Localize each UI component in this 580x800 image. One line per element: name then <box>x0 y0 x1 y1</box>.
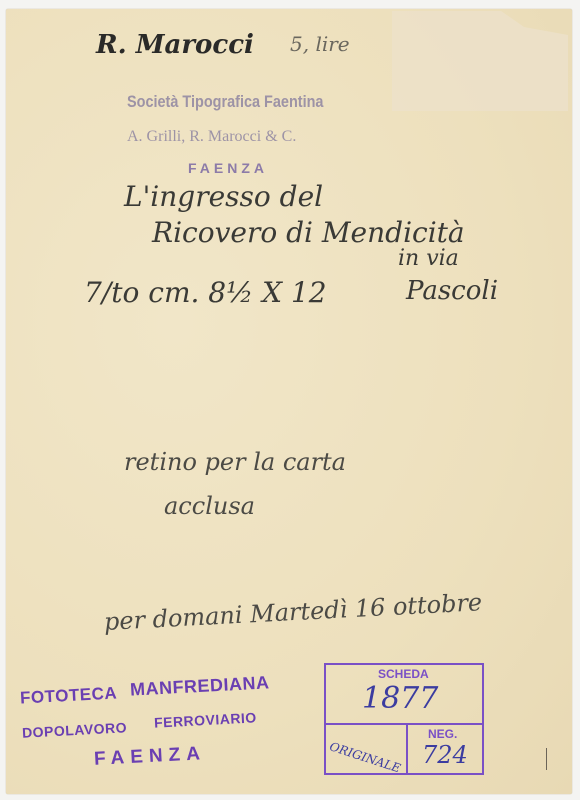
printer-stamp-city: FAENZA <box>188 160 268 176</box>
pencil-tick-mark <box>546 748 547 770</box>
caption-line-2: Ricovero di Mendicità <box>152 216 465 249</box>
record-box: SCHEDA 1877 ORIGINALE NEG. 724 <box>324 663 484 775</box>
price-note: 5, lire <box>290 32 350 56</box>
photo-card-back <box>6 9 572 794</box>
neg-number: 724 <box>422 741 468 769</box>
neg-cell: NEG. 724 <box>408 725 484 775</box>
caption-line-1: L'ingresso del <box>124 180 323 213</box>
neg-label: NEG. <box>428 727 457 741</box>
originale-cell: ORIGINALE <box>326 725 408 775</box>
signature: R. Marocci <box>96 30 254 60</box>
note-acclusa: acclusa <box>164 492 255 520</box>
scheda-number: 1877 <box>362 681 438 716</box>
printer-stamp-owners: A. Grilli, R. Marocci & C. <box>127 128 296 146</box>
note-retino: retino per la carta <box>124 448 346 476</box>
printer-stamp-name: Società Tipografica Faentina <box>127 92 323 112</box>
scheda-label: SCHEDA <box>378 667 429 681</box>
caption-line-3: in via <box>398 246 459 271</box>
scheda-cell: SCHEDA 1877 <box>326 665 482 725</box>
caption-format: 7/to cm. 8½ X 12 <box>84 276 327 309</box>
caption-street: Pascoli <box>406 276 498 306</box>
originale-label: ORIGINALE <box>328 739 403 775</box>
